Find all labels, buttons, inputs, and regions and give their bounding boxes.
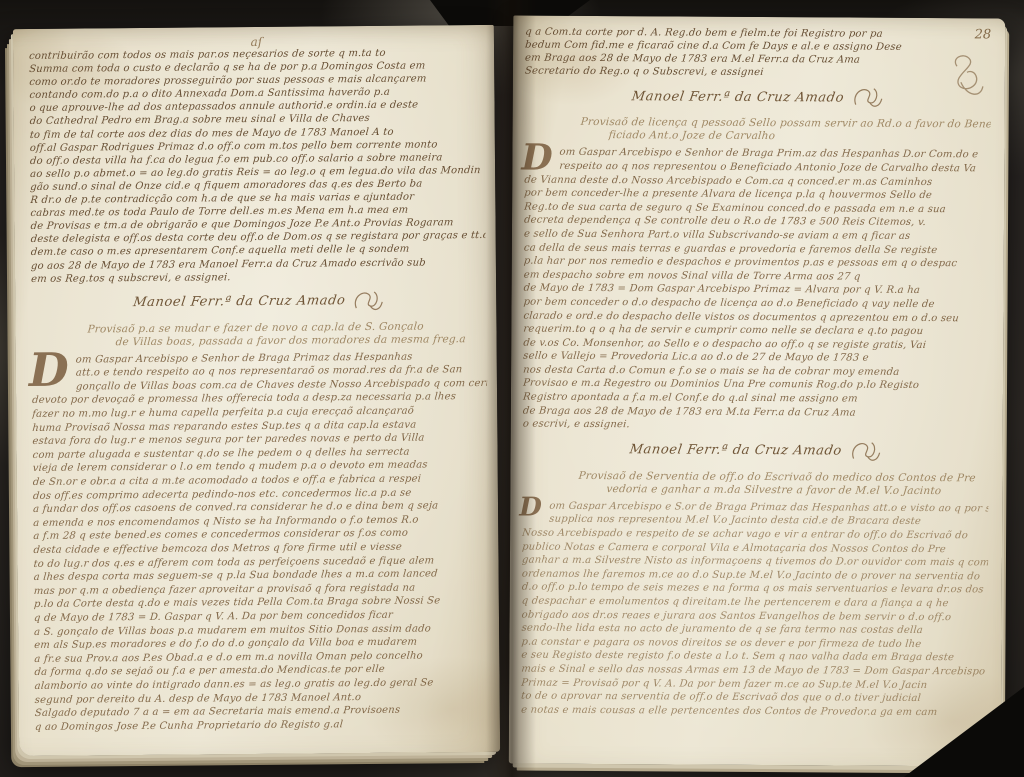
right-entry2-body: D om Gaspar Arcebispo e S.or de Braga Pr…: [521, 499, 988, 719]
paraph-flourish-icon: [350, 288, 384, 314]
left-entry-lines: om Gaspar Arcebispo e Senhor de Braga Pr…: [32, 350, 490, 735]
manuscript-line: e notas e mais cousas a elle pertencente…: [520, 703, 987, 719]
photo-background: aſ contribuirão com todos os mais par.os…: [0, 0, 1024, 777]
right-entry2-lines: om Gaspar Arcebispo e S.or de Braga Prim…: [521, 499, 988, 719]
notary-signature: Manoel Ferr.ª da Cruz Amado: [631, 89, 845, 105]
dropcap-initial: D: [519, 496, 542, 518]
notary-signature: Manoel Ferr.ª da Cruz Amado: [132, 293, 346, 310]
manuscript-line: de Villas boas, passada a favor dos mora…: [115, 333, 487, 349]
entry-heading: Provisaõ p.a se mudar e fazer de novo a …: [31, 320, 486, 350]
right-opening-block: q a Com.ta corte por d. A. Reg.do bem e …: [525, 26, 991, 81]
right-entry1-body: D om Gaspar Arcebispo e Senhor de Braga …: [523, 146, 991, 434]
signature-row: Manoel Ferr.ª da Cruz Amado: [523, 436, 989, 465]
signature-row: Manoel Ferr.ª da Cruz Amado: [31, 287, 486, 317]
paraph-flourish-icon: [849, 85, 883, 111]
manuscript-left-page: aſ contribuirão com todos os mais par.os…: [13, 25, 500, 756]
manuscript-line: Secretario do Reg.o q o Subscrevi, e ass…: [524, 65, 991, 81]
entry-heading: Provisaõ de Serventia de off.o do Escriv…: [522, 469, 988, 498]
right-entry1-lines: om Gaspar Arcebispo e Senhor de Braga Pr…: [523, 146, 991, 434]
dropcap-initial: D: [29, 350, 69, 388]
manuscript-line: o escrivi, e assignei.: [522, 418, 989, 434]
paraph-flourish-icon: [847, 438, 881, 464]
left-opening-block: contribuirão com todos os mais par.os ne…: [29, 46, 486, 286]
manuscript-line: vedoria e ganhar a m.da Silvestre a favo…: [606, 483, 989, 498]
left-entry-body: D om Gaspar Arcebispo e Senhor de Braga …: [32, 350, 490, 735]
entry-heading: Provisaõ de licença q pessoaõ Sello poss…: [525, 116, 991, 145]
notary-signature: Manoel Ferr.ª da Cruz Amado: [629, 443, 843, 459]
dropcap-initial: D: [521, 143, 552, 173]
signature-row: Manoel Ferr.ª da Cruz Amado: [525, 83, 991, 112]
manuscript-right-page: 28 q a Com.ta corte por d. A. Reg.do bem…: [509, 16, 1006, 767]
manuscript-line: ficiado Ant.o Joze de Carvalho: [608, 129, 991, 144]
